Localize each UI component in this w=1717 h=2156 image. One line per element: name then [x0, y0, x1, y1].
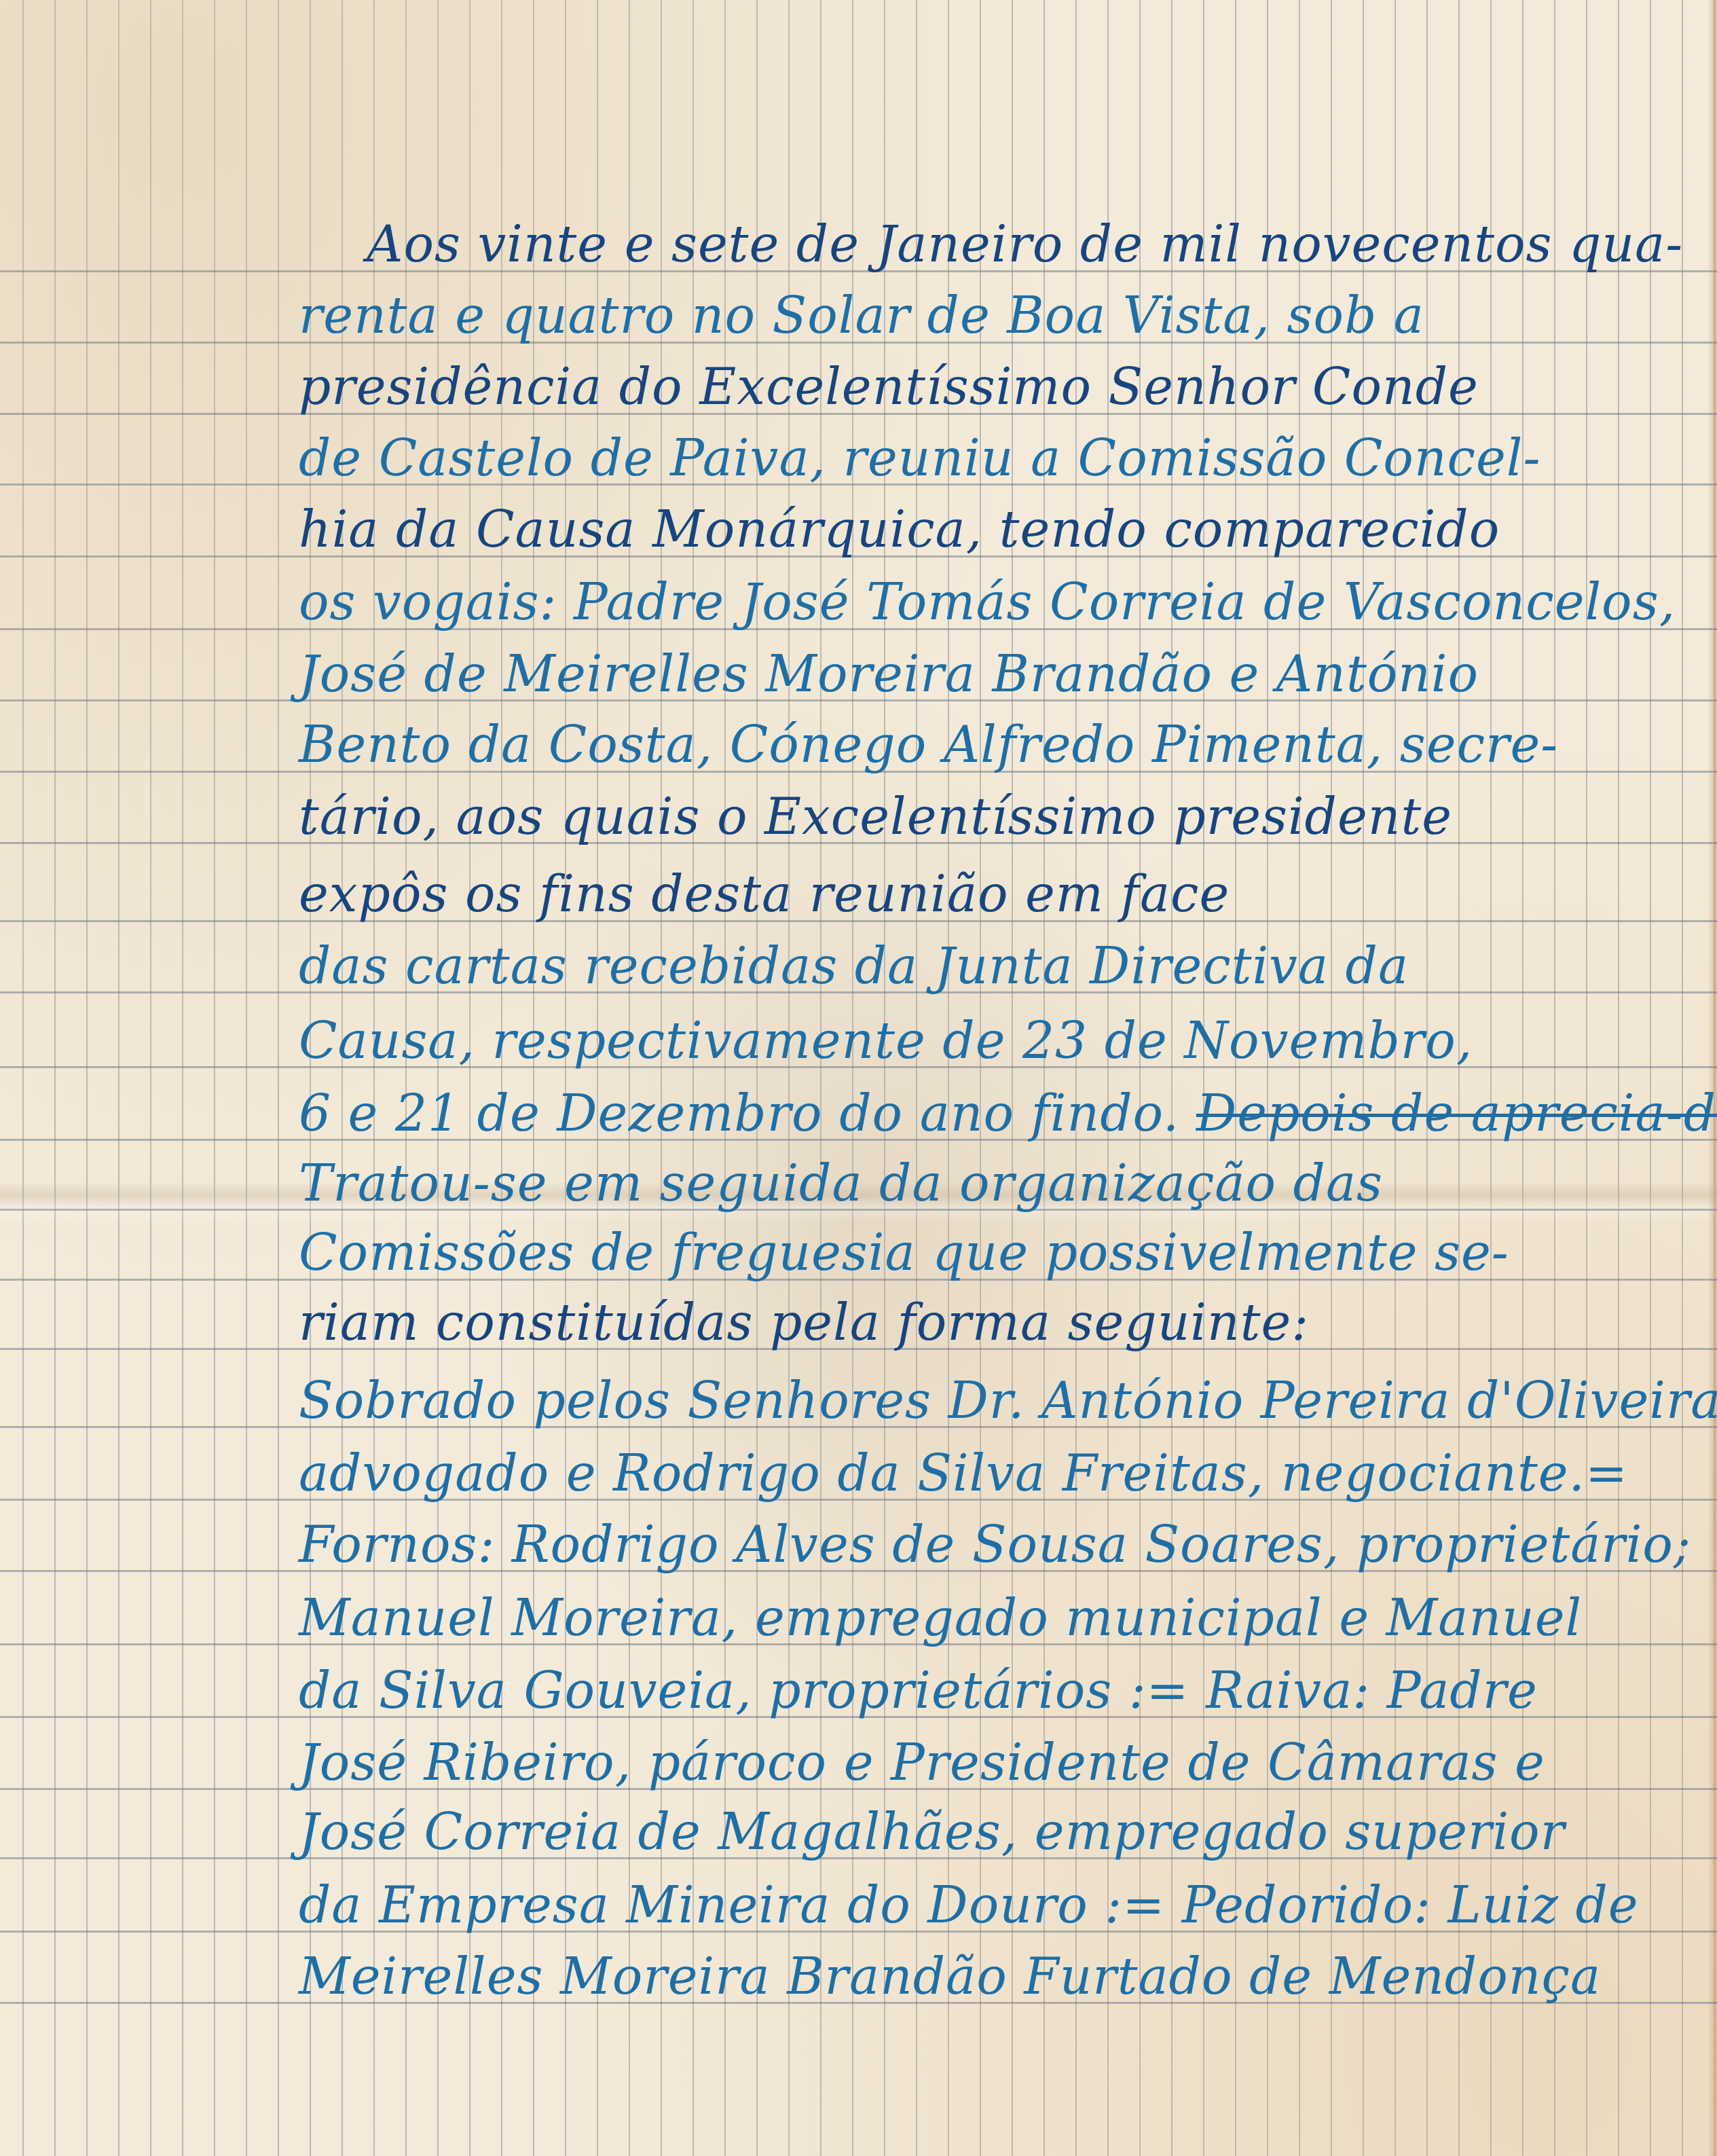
text-line: hia da Causa Monárquica, tendo compareci…	[299, 499, 1500, 560]
text-line: Manuel Moreira, empregado municipal e Ma…	[299, 1588, 1582, 1649]
text-line: tário, aos quais o Excelentíssimo presid…	[299, 786, 1452, 847]
text-line: advogado e Rodrigo da Silva Freitas, neg…	[299, 1443, 1628, 1504]
text-line: Aos vinte e sete de Janeiro de mil novec…	[367, 214, 1683, 275]
text-line: Causa, respectivamente de 23 de Novembro…	[299, 1010, 1473, 1072]
struck-through-text: Depois de aprecia-das	[1196, 1084, 1717, 1143]
text-line: expôs os fins desta reunião em face	[299, 864, 1230, 925]
text-line: os vogais: Padre José Tomás Correia de V…	[299, 572, 1676, 633]
handwritten-document-page: Aos vinte e sete de Janeiro de mil novec…	[0, 0, 1717, 2156]
text-line: das cartas recebidas da Junta Directiva …	[299, 936, 1409, 997]
text-line: José Ribeiro, pároco e Presidente de Câm…	[299, 1732, 1545, 1793]
text-line: renta e quatro no Solar de Boa Vista, so…	[299, 285, 1424, 346]
text-line: Bento da Costa, Cónego Alfredo Pimenta, …	[299, 714, 1558, 775]
text-line: José Correia de Magalhães, empregado sup…	[299, 1802, 1565, 1863]
text-line: presidência do Excelentíssimo Senhor Con…	[299, 357, 1479, 418]
text-line: 6 e 21 de Dezembro do ano findo. Depois …	[299, 1083, 1717, 1144]
text-line: riam constituídas pela forma seguinte:	[299, 1292, 1309, 1353]
text-line: Fornos: Rodrigo Alves de Sousa Soares, p…	[299, 1514, 1691, 1575]
text-line: Comissões de freguesia que possivelmente…	[299, 1222, 1509, 1283]
text-line: Meirelles Moreira Brandão Furtado de Men…	[299, 1946, 1601, 2007]
paper-edge-stain	[1707, 0, 1717, 2156]
text-line: José de Meirelles Moreira Brandão e Antó…	[299, 644, 1479, 705]
text-line: da Silva Gouveia, proprietários := Raiva…	[299, 1660, 1538, 1721]
text-line: Sobrado pelos Senhores Dr. António Perei…	[299, 1370, 1717, 1431]
text-line: da Empresa Mineira do Douro := Pedorido:…	[299, 1875, 1639, 1936]
text-line: de Castelo de Paiva, reuniu a Comissão C…	[299, 428, 1540, 489]
text-line: Tratou-se em seguida da organização das	[299, 1153, 1383, 1214]
text-segment: 6 e 21 de Dezembro do ano findo.	[299, 1084, 1179, 1143]
